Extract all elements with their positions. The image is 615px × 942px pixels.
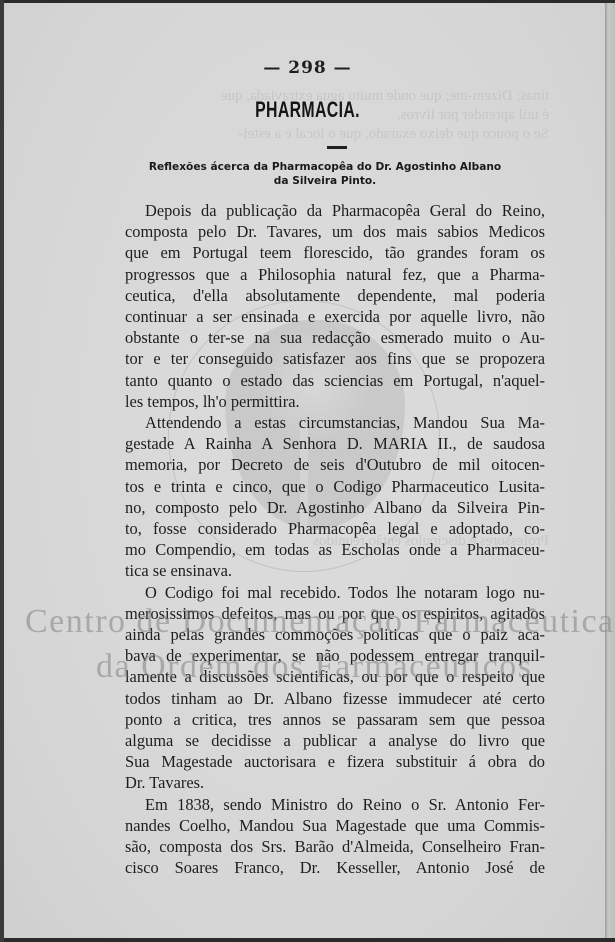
text-line: alguma se decidisse a publicar a analyse…	[125, 730, 545, 751]
text-line: Dr. Tavares.	[125, 772, 545, 793]
text-line: tica se ensinava.	[125, 560, 545, 581]
text-line: tanto quanto o estado das sciencias em P…	[125, 370, 545, 391]
text-line: nandes Coelho, Mandou Sua Magestade que …	[125, 815, 545, 836]
text-line: gestade A Rainha A Senhora D. MARIA II.,…	[125, 433, 545, 454]
text-line: Sua Magestade auctorisara e fizera subst…	[125, 751, 545, 772]
text-line: Attendendo a estas circumstancias, Mando…	[125, 412, 545, 433]
title-divider	[327, 146, 347, 149]
text-line: Depois da publicação da Pharmacopêa Gera…	[125, 200, 545, 221]
text-line: composta pelo Dr. Tavares, um dos mais s…	[125, 221, 545, 242]
text-line: to, fosse considerado Pharmacopêa legal …	[125, 518, 545, 539]
text-line: memoria, por Decreto de seis d'Outubro d…	[125, 454, 545, 475]
bleed-through-line: Se o pouco que deixo exarado, que o loca…	[119, 126, 549, 143]
paragraph-2: Attendendo a estas circumstancias, Mando…	[125, 412, 545, 582]
text-line: les tempos, lh'o permittira.	[125, 391, 545, 412]
text-line: Em 1838, sendo Ministro do Reino o Sr. A…	[125, 794, 545, 815]
text-line: obstante o ter-se na sua redacção esmera…	[125, 327, 545, 348]
archive-watermark-line-2: da Ordem dos Farmacêuticos	[96, 648, 615, 686]
text-line: são, composta dos Srs. Barão d'Almeida, …	[125, 836, 545, 857]
text-line: ceutica, d'ella absolutamente dependente…	[125, 285, 545, 306]
text-line: todos tinham ao Dr. Albano fizesse immud…	[125, 688, 545, 709]
text-line: progressos que a Philosophia natural fez…	[125, 264, 545, 285]
text-line: tor e ter conseguido satisfazer aos fins…	[125, 348, 545, 369]
article-subtitle: Reflexões ácerca da Pharmacopêa do Dr. A…	[110, 160, 540, 188]
text-line: que em Portugal teem florescido, tão gra…	[125, 242, 545, 263]
text-line: continuar a ser ensinada e exercida por …	[125, 306, 545, 327]
subtitle-line: da Silveira Pinto.	[110, 174, 540, 188]
archive-watermark-line-1: Centro de Documentação Farmacêutica	[25, 603, 615, 641]
text-line: ponto a critica, tres annos se passaram …	[125, 709, 545, 730]
text-line: no, composto pelo Dr. Agostinho Albano d…	[125, 497, 545, 518]
subtitle-line: Reflexões ácerca da Pharmacopêa do Dr. A…	[110, 160, 540, 174]
text-line: tos e trinta e cinco, que o Codigo Pharm…	[125, 476, 545, 497]
text-line: cisco Soares Franco, Dr. Kesseller, Anto…	[125, 857, 545, 878]
text-line: O Codigo foi mal recebido. Todos lhe not…	[125, 582, 545, 603]
section-title: PHARMACIA.	[86, 97, 529, 123]
page-spine-edge	[605, 3, 615, 938]
page-number: — 298 —	[0, 58, 615, 78]
article-body: Depois da publicação da Pharmacopêa Gera…	[125, 200, 545, 879]
paragraph-4: Em 1838, sendo Ministro do Reino o Sr. A…	[125, 794, 545, 879]
text-line: mo Compendio, em todas as Escholas onde …	[125, 539, 545, 560]
paragraph-1: Depois da publicação da Pharmacopêa Gera…	[125, 200, 545, 412]
